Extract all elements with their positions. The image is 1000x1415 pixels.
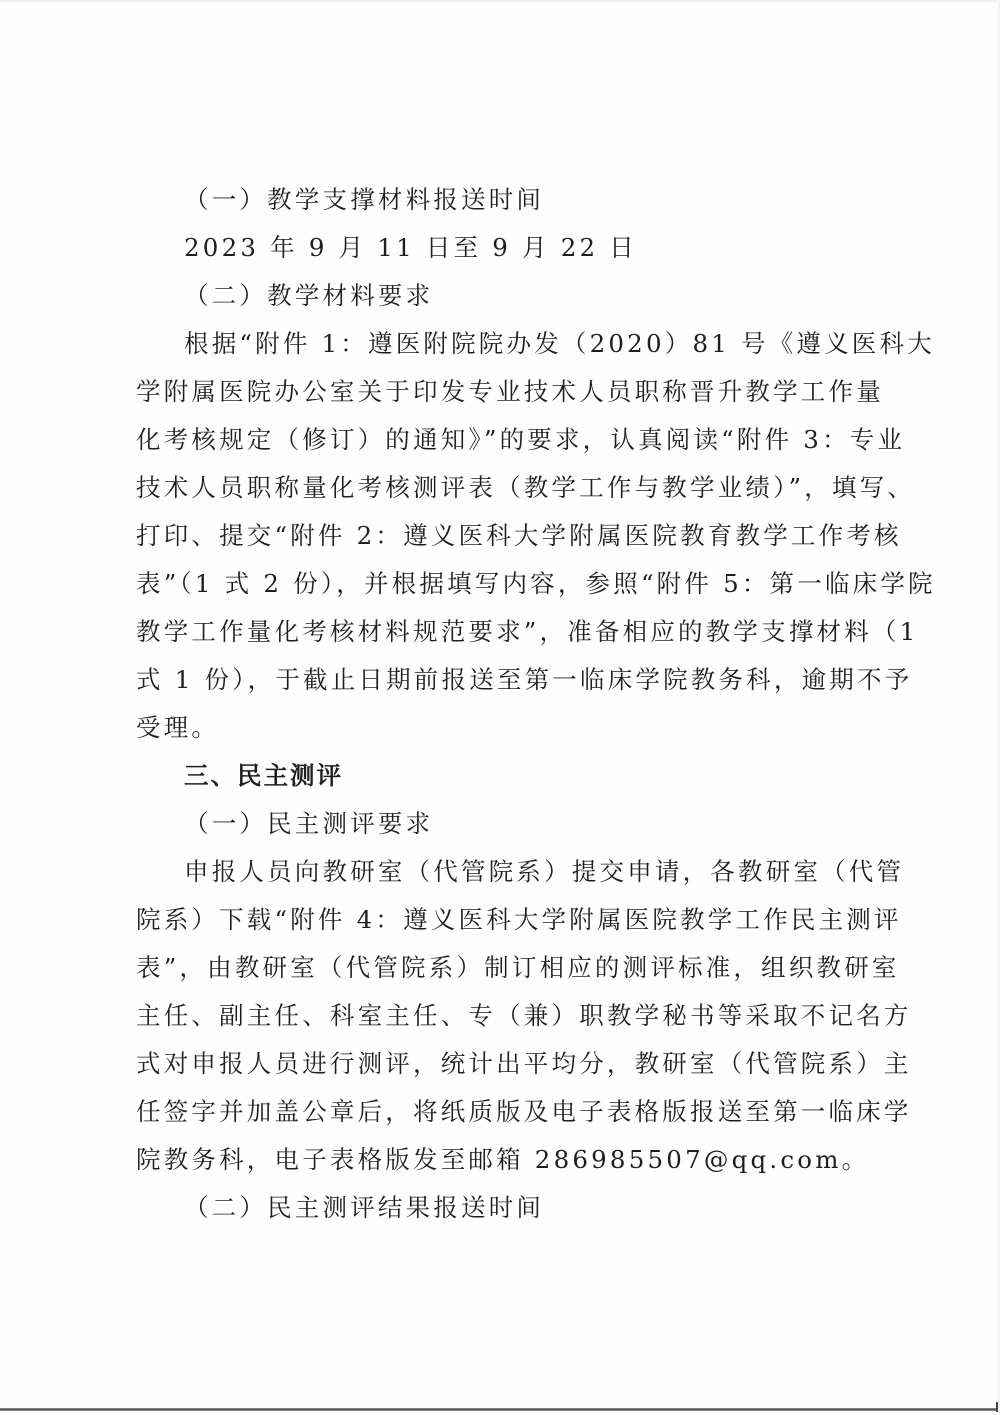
- paragraph-line: 任签字并加盖公章后，将纸质版及电子表格版报送至第一临床学: [136, 1088, 868, 1136]
- paragraph-line: 教学工作量化考核材料规范要求”，准备相应的教学支撑材料（1: [136, 608, 868, 656]
- section-heading-democratic-evaluation: 三、民主测评: [136, 752, 868, 800]
- paragraph-line: 打印、提交“附件 2：遵义医科大学附属医院教育教学工作考核: [136, 512, 868, 560]
- document-body: （一）教学支撑材料报送时间 2023 年 9 月 11 日至 9 月 22 日 …: [136, 176, 868, 1232]
- paragraph-line: 表”（1 式 2 份），并根据填写内容，参照“附件 5：第一临床学院: [136, 560, 868, 608]
- page-bottom-rule: [0, 1408, 998, 1411]
- document-page: （一）教学支撑材料报送时间 2023 年 9 月 11 日至 9 月 22 日 …: [0, 0, 1000, 1415]
- page-bottom-tick: [996, 1402, 998, 1412]
- paragraph-line: 式对申报人员进行测评，统计出平均分，教研室（代管院系）主: [136, 1040, 868, 1088]
- paragraph-line: 式 1 份），于截止日期前报送至第一临床学院教务科，逾期不予: [136, 656, 868, 704]
- paragraph-line: 表”，由教研室（代管院系）制订相应的测评标准，组织教研室: [136, 944, 868, 992]
- paragraph-line: 化考核规定（修订）的通知》”的要求，认真阅读“附件 3：专业: [136, 416, 868, 464]
- paragraph-line: 主任、副主任、科室主任、专（兼）职教学秘书等采取不记名方: [136, 992, 868, 1040]
- subheading-evaluation-requirements: （一）民主测评要求: [136, 800, 868, 848]
- paragraph-line: 申报人员向教研室（代管院系）提交申请，各教研室（代管: [136, 848, 868, 896]
- page-top-edge: [0, 0, 1000, 3]
- paragraph-line: 根据“附件 1：遵医附院院办发（2020）81 号《遵义医科大: [136, 320, 868, 368]
- subheading-material-requirements: （二）教学材料要求: [136, 272, 868, 320]
- paragraph-line-email: 院教务科，电子表格版发至邮箱 286985507@qq.com。: [136, 1136, 868, 1184]
- paragraph-material-requirements: 根据“附件 1：遵医附院院办发（2020）81 号《遵义医科大 学附属医院办公室…: [136, 320, 868, 752]
- paragraph-line: 院系）下载“附件 4：遵义医科大学附属医院教学工作民主测评: [136, 896, 868, 944]
- paragraph-line: 技术人员职称量化考核测评表（教学工作与教学业绩）”，填写、: [136, 464, 868, 512]
- subheading-evaluation-result-submission-time: （二）民主测评结果报送时间: [136, 1184, 868, 1232]
- paragraph-line: 受理。: [136, 704, 868, 752]
- paragraph-evaluation-requirements: 申报人员向教研室（代管院系）提交申请，各教研室（代管 院系）下载“附件 4：遵义…: [136, 848, 868, 1184]
- subheading-submission-time: （一）教学支撑材料报送时间: [136, 176, 868, 224]
- paragraph-line: 学附属医院办公室关于印发专业技术人员职称晋升教学工作量: [136, 368, 868, 416]
- submission-date-range: 2023 年 9 月 11 日至 9 月 22 日: [136, 224, 868, 272]
